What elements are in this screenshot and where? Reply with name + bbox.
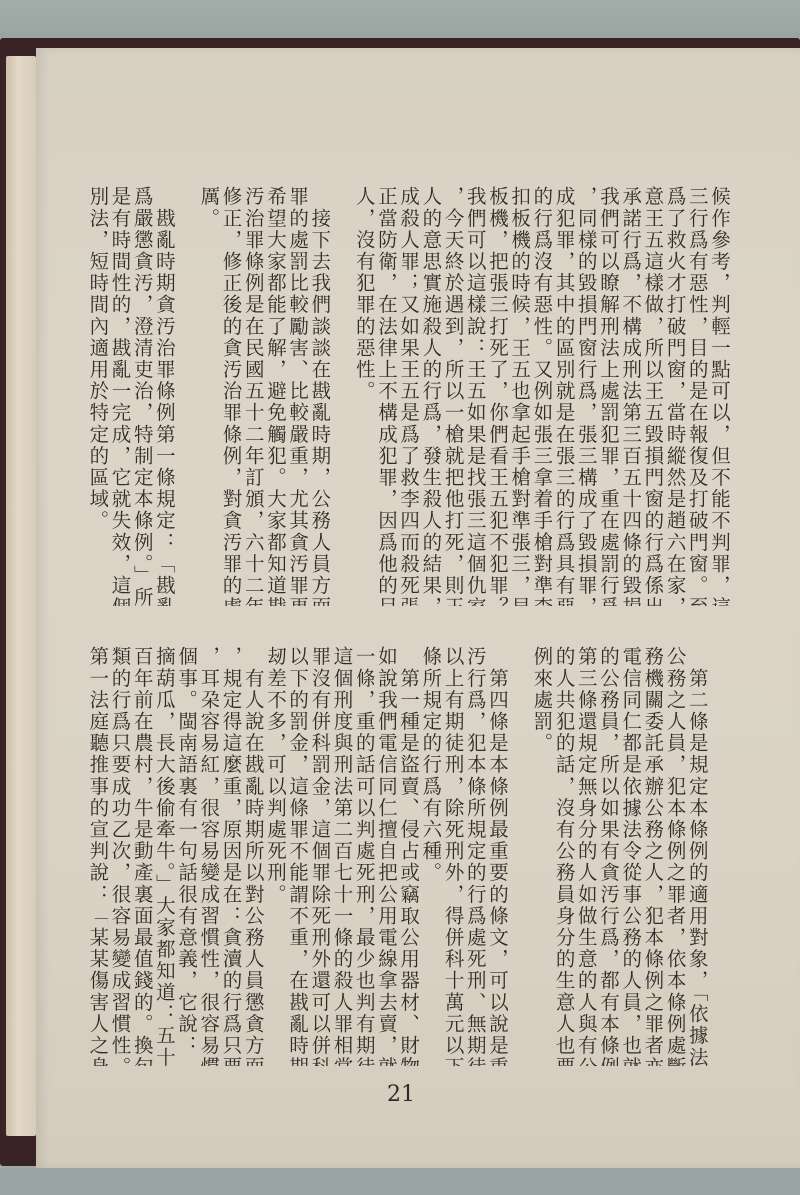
text-column: 第一種是盜賣、侵占或竊取公用器材、財物罪，比 [397, 646, 419, 1066]
text-column: ，耳朶容易紅，很容易變成習慣性，很容易慣習地做這 [197, 646, 219, 1066]
text-column: 修正，修正後的貪汚治罪條例，對貪汚罪的處罰非常嚴 [219, 186, 241, 606]
text-column: 汚行爲，犯本條所規定的行爲處死刑、無期徒刑或十年 [464, 646, 486, 1066]
text-column: 是有時間性的，戡亂一完成，它就失效，這個條例是特 [108, 186, 130, 606]
text-column: 以上有期徒刑，除死刑外，得併科十萬元以下罰金。本 [441, 646, 463, 1066]
text-column: 爲了救火才打破門窗，當時縱然是趙六在家，他也會同 [663, 186, 685, 606]
text-column: 罪的處罰比較勵害、比較嚴重，尤其貪汚罪更是如此， [286, 186, 308, 606]
bottom-text-section: 第二條是規定本條例的適用對象，「依據法令從事公務之人員，犯本條例之罪者，依本條例… [86, 646, 730, 1066]
text-column: 一條，重的話可以判處死刑，最少也判有期徒刑十年， [353, 646, 375, 1066]
text-column: 戡亂時期貪汚治罪條例第一條規定：「戡亂時期， [153, 186, 175, 606]
text-column: ，同樣的毀損門窗行爲，張三構成了毀損罪，王五不構 [575, 186, 597, 606]
text-column: 別法，短時間內適用於特定的區域。 [86, 186, 108, 606]
text-column: 我們可以瞭解刑法上處罰犯罪，重在處罰行爲人的惡性 [597, 186, 619, 606]
text-column: 公務之人員，犯本條例之罪者，依本條例處斷。其受公 [663, 646, 685, 1066]
text-column [508, 646, 530, 1066]
text-column: 第二條是規定本條例的適用對象，「依據法令從事 [686, 646, 708, 1066]
text-column: 摘葫瓜，長大後偷牽牛。」大家都知道：五十年前或一 [153, 646, 175, 1066]
text-column: 承諾行爲，不構成刑法第三百五十四條的毀損罪。由此 [619, 186, 641, 606]
top-text-section: 候作參考，判輕一點可以，但不能不判罪，這是因爲張三行爲有惡性，目的是在報復及打破… [86, 186, 730, 606]
text-column: 人的意思實施殺人的行爲，發生殺人的結果，當然是構 [419, 186, 441, 606]
text-column: 百年前在農村，牛是動產裏面最值錢的。換句話說這一 [131, 646, 153, 1066]
text-column: 刼差不多，可以判處死刑。 [264, 646, 286, 1066]
text-column: 成犯罪，其中的區別就是在張三的行爲具有惡性，王五 [552, 186, 574, 606]
text-column: ，規定得這麼重，原因是在：貪瀆的行爲只要一次成功 [219, 646, 241, 1066]
text-column: 扣板機的時候，王五也拿起手槍對準張三，早一秒鐘扣 [508, 186, 530, 606]
text-column: 的行爲沒有惡性。又例如張三拿着手槍對準李四，正要 [530, 186, 552, 606]
text-column: 爲嚴懲貪汚，澄清吏治，特制定本條例。」所以本條例 [131, 186, 153, 606]
text-column [330, 186, 352, 606]
text-column: 意王五這樣做，所以王五毀損門窗的行爲係出於推定的 [641, 186, 663, 606]
text-column: 電信同仁都是依據法令從事公務的人員，也就是刑法上 [619, 646, 641, 1066]
text-column: 三行爲有惡性，目的是在報復及打破門窗。至於王五是 [686, 186, 708, 606]
text-column: 務機關委託承辦公務之人，犯本條例之罪者亦同。」我 [641, 646, 663, 1066]
text-column: 人，沒有犯罪的惡性。 [353, 186, 375, 606]
text-column: ，今天終於遇到，所以一槍就把他打死，則王五是以殺 [441, 186, 463, 606]
page-stack-edge [6, 56, 36, 1136]
text-column: 板機，把張三打死了，你們看王五犯不犯罪？在法律上 [486, 186, 508, 606]
text-column: 我們可以這樣說：王五如果是找張三這個仇家找了很久 [464, 186, 486, 606]
text-column: 例來處罰。 [530, 646, 552, 1066]
text-column: 成殺人罪；又如果王五是爲了救李四而殺死張三，那是 [397, 186, 419, 606]
text-column: 有人說在戡亂時期所以對公務人員懲貪方面的法律 [242, 646, 264, 1066]
text-column: 個事。閩南語裏有一句話很有意義，它說：「小時候偷 [175, 646, 197, 1066]
text-column: 如說我們電信同仁擅自把公用電線拿去賣，就是觸犯這 [375, 646, 397, 1066]
background-surface-bottom [0, 1168, 800, 1195]
text-column: 類的行爲只要成功乙次，很容易變成習慣性。曾有人到 [108, 646, 130, 1066]
text-column: 的公務員，所以如果有貪汚行爲，都有本條例的適用。 [597, 646, 619, 1066]
text-column: 第一法庭聽推事的宣判說：「某某傷害人之身體，處有 [86, 646, 108, 1066]
text-column: 接下去我們談談在戡亂時期，公務人員方面有些犯 [308, 186, 330, 606]
text-column: 汚治罪條例是在民國五十二年訂頒，六十二年時再加以 [242, 186, 264, 606]
page-number: 21 [381, 1082, 421, 1107]
text-column: 罪沒有併科罰金，這個罪除死刑外還可以併科十萬銀元 [308, 646, 330, 1066]
text-column: 正當防衛，在法律上不構成犯罪，因爲他的目的是在救 [375, 186, 397, 606]
text-column: 希望大家都能了解，避免觸犯。大家都知道戡亂時期貪 [264, 186, 286, 606]
text-column: 條所規定的行爲有六種。 [419, 646, 441, 1066]
text-column [708, 646, 730, 1066]
text-column [175, 186, 197, 606]
text-column: 厲。 [197, 186, 219, 606]
text-column: 第三條還規定無身分的人如做生意的人與有公務員身分 [575, 646, 597, 1066]
text-column: 第四條是本條例最重要的條文，可以說是重大的貪 [486, 646, 508, 1066]
text-column: 這個刑度與刑法第二百七十一條的殺人罪相當，但殺人 [330, 646, 352, 1066]
text-column: 候作參考，判輕一點可以，但不能不判罪，這是因爲張 [708, 186, 730, 606]
text-column: 以下的罰金，這條罪不能謂不重，在戡亂時期和結夥搶 [286, 646, 308, 1066]
text-column: 的人共犯的話，沒有公務員身分的生意人也要適用本條 [552, 646, 574, 1066]
